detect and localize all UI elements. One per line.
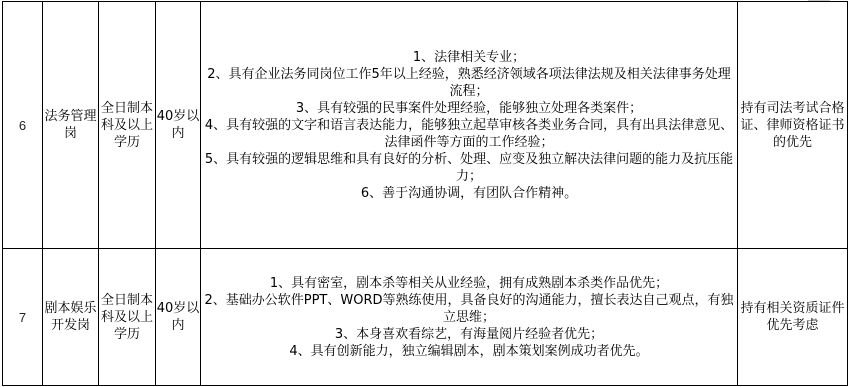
requirement-item: 2、具有企业法务同岗位工作5年以上经验，熟悉经济领域各项法律法规及相关法律事务处… <box>201 66 737 100</box>
job-requirements-table: 6 法务管理岗 全日制本科及以上学历 40岁以内 1、法律相关专业； 2、具有企… <box>2 1 848 386</box>
table-row: 7 剧本娱乐开发岗 全日制本科及以上学历 40岁以内 1、具有密室，剧本杀等相关… <box>3 249 848 386</box>
job-requirements: 1、法律相关专业； 2、具有企业法务同岗位工作5年以上经验，熟悉经济领域各项法律… <box>201 2 738 249</box>
row-number: 6 <box>3 2 43 249</box>
position-name: 法务管理岗 <box>43 2 99 249</box>
requirement-item: 4、具有较强的文字和语言表达能力，能够独立起草审核各类业务合同，具有出具法律意见… <box>201 117 737 151</box>
preference-note: 持有相关资质证件优先考虑 <box>738 249 848 386</box>
requirement-item: 1、法律相关专业； <box>201 49 737 66</box>
requirement-item: 6、善于沟通协调，有团队合作精神。 <box>201 185 737 202</box>
requirement-item: 4、具有创新能力，独立编辑剧本，剧本策划案例成功者优先。 <box>201 343 737 360</box>
job-requirements: 1、具有密室，剧本杀等相关从业经验，拥有成熟剧本杀类作品优先； 2、基础办公软件… <box>201 249 738 386</box>
age-requirement: 40岁以内 <box>156 2 201 249</box>
requirement-item: 5、具有较强的逻辑思维和具有良好的分析、处理、应变及独立解决法律问题的能力及抗压… <box>201 151 737 185</box>
row-number: 7 <box>3 249 43 386</box>
table-row: 6 法务管理岗 全日制本科及以上学历 40岁以内 1、法律相关专业； 2、具有企… <box>3 2 848 249</box>
requirement-item: 3、具有较强的民事案件处理经验，能够独立处理各类案件； <box>201 100 737 117</box>
preference-note: 持有司法考试合格证、律师资格证书的优先 <box>738 2 848 249</box>
position-name: 剧本娱乐开发岗 <box>43 249 99 386</box>
requirement-item: 1、具有密室，剧本杀等相关从业经验，拥有成熟剧本杀类作品优先； <box>201 275 737 292</box>
requirement-item: 2、基础办公软件PPT、WORD等熟练使用，具备良好的沟通能力，擅长表达自己观点… <box>201 292 737 326</box>
education-requirement: 全日制本科及以上学历 <box>99 249 156 386</box>
age-requirement: 40岁以内 <box>156 249 201 386</box>
requirement-item: 3、本身喜欢看综艺，有海量阅片经验者优先； <box>201 326 737 343</box>
education-requirement: 全日制本科及以上学历 <box>99 2 156 249</box>
